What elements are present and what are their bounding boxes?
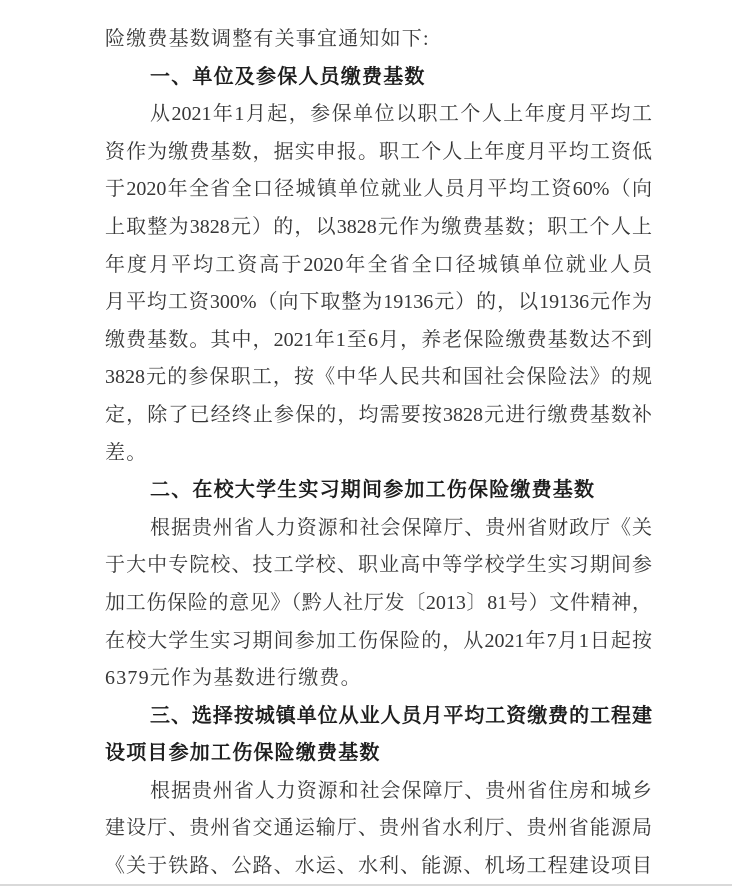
body-line: 《关于铁路、公路、水运、水利、能源、机场工程建设项目 (105, 848, 652, 886)
body-line: 资作为缴费基数，据实申报。职工个人上年度月平均工资低 (105, 134, 652, 172)
body-line: 在校大学生实习期间参加工伤保险的，从2021年7月1日起按 (105, 623, 652, 661)
body-line: 从2021年1月起，参保单位以职工个人上年度月平均工 (105, 96, 652, 134)
section-1-heading: 一、单位及参保人员缴费基数 (105, 59, 652, 97)
section-2-heading: 二、在校大学生实习期间参加工伤保险缴费基数 (105, 472, 652, 510)
body-line: 缴费基数。其中，2021年1至6月，养老保险缴费基数达不到 (105, 322, 652, 360)
body-line: 3828元的参保职工，按《中华人民共和国社会保险法》的规 (105, 359, 652, 397)
body-line: 于2020年全省全口径城镇单位就业人员月平均工资60%（向 (105, 171, 652, 209)
intro-line: 险缴费基数调整有关事宜通知如下: (105, 21, 652, 59)
body-line: 于大中专院校、技工学校、职业高中等学校学生实习期间参 (105, 547, 652, 585)
body-line: 年度月平均工资高于2020年全省全口径城镇单位就业人员 (105, 247, 652, 285)
body-line: 差。 (105, 435, 652, 473)
body-line: 月平均工资300%（向下取整为19136元）的，以19136元作为 (105, 284, 652, 322)
section-3-heading-line-2: 设项目参加工伤保险缴费基数 (105, 735, 652, 773)
body-line: 6379元作为基数进行缴费。 (105, 660, 652, 698)
body-line: 加工伤保险的意见》（黔人社厅发〔2013〕81号）文件精神， (105, 585, 652, 623)
body-line: 根据贵州省人力资源和社会保障厅、贵州省住房和城乡 (105, 773, 652, 811)
body-line: 上取整为3828元）的，以3828元作为缴费基数；职工个人上 (105, 209, 652, 247)
body-line: 建设厅、贵州省交通运输厅、贵州省水利厅、贵州省能源局 (105, 810, 652, 848)
body-line: 定，除了已经终止参保的，均需要按3828元进行缴费基数补 (105, 397, 652, 435)
document-page: 险缴费基数调整有关事宜通知如下: 一、单位及参保人员缴费基数 从2021年1月起… (0, 0, 732, 886)
body-line: 根据贵州省人力资源和社会保障厅、贵州省财政厅《关 (105, 510, 652, 548)
section-3-heading-line-1: 三、选择按城镇单位从业人员月平均工资缴费的工程建 (105, 698, 652, 736)
